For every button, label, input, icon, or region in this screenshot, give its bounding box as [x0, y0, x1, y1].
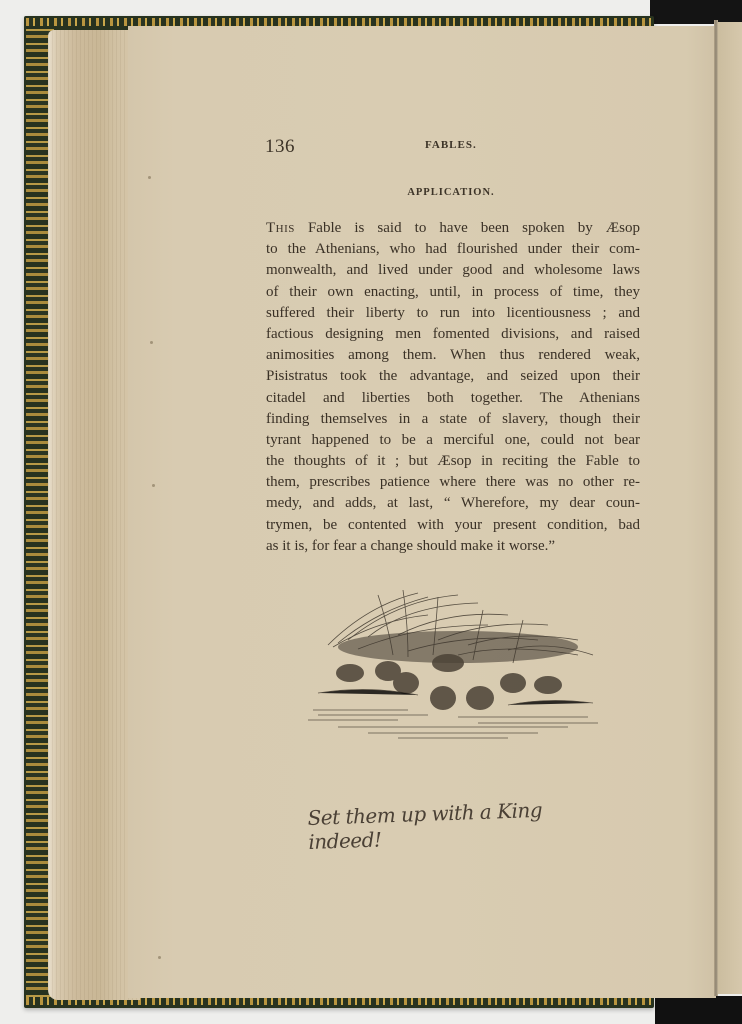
engraving-icon	[308, 585, 602, 745]
text-line: medy, and adds, at last, “ Wherefore, my…	[266, 493, 640, 514]
text-line: animosities among them. When thus render…	[266, 345, 640, 366]
section-title: APPLICATION.	[265, 187, 637, 198]
body-text: This Fable is said to have been spoken b…	[266, 218, 640, 557]
text-line: as it is, for fear a change should make …	[266, 536, 640, 557]
text-line: trymen, be contented with your present c…	[266, 515, 640, 536]
text-line: the thoughts of it ; but Æsop in recitin…	[266, 451, 640, 472]
text-line: of their own enacting, until, in process…	[266, 282, 640, 303]
text-line: suffered their liberty to run into licen…	[266, 303, 640, 324]
text-line: tyrant happened to be a merciful one, co…	[266, 430, 640, 451]
gilt-border-top	[26, 18, 652, 26]
page-number: 136	[265, 136, 295, 158]
text-line: to the Athenians, who had flourished und…	[266, 239, 640, 260]
text-line: factious designing men fomented division…	[266, 324, 640, 345]
foxing-spot	[150, 341, 153, 344]
frogs-engraving-illustration	[308, 585, 602, 745]
text-line: finding themselves in a state of slavery…	[266, 409, 640, 430]
text-line: citadel and liberties both together. The…	[266, 388, 640, 409]
text-line: Pisistratus took the advantage, and seiz…	[266, 366, 640, 387]
running-head-title: FABLES.	[425, 139, 477, 151]
facing-page	[718, 22, 742, 994]
page-gutter	[714, 20, 718, 996]
running-head: 136 FABLES.	[265, 136, 637, 156]
page-edges	[48, 30, 140, 1000]
back-cover-corner-bottom	[655, 996, 742, 1024]
text-line: This Fable is said to have been spoken b…	[266, 218, 640, 239]
drop-word: This	[266, 220, 295, 236]
back-cover-corner	[650, 0, 742, 24]
text-line: monwealth, and lived under good and whol…	[266, 260, 640, 281]
foxing-spot	[152, 484, 155, 487]
text-line: them, prescribes patience where there wa…	[266, 472, 640, 493]
foxing-spot	[148, 176, 151, 179]
foxing-spot	[158, 956, 161, 959]
